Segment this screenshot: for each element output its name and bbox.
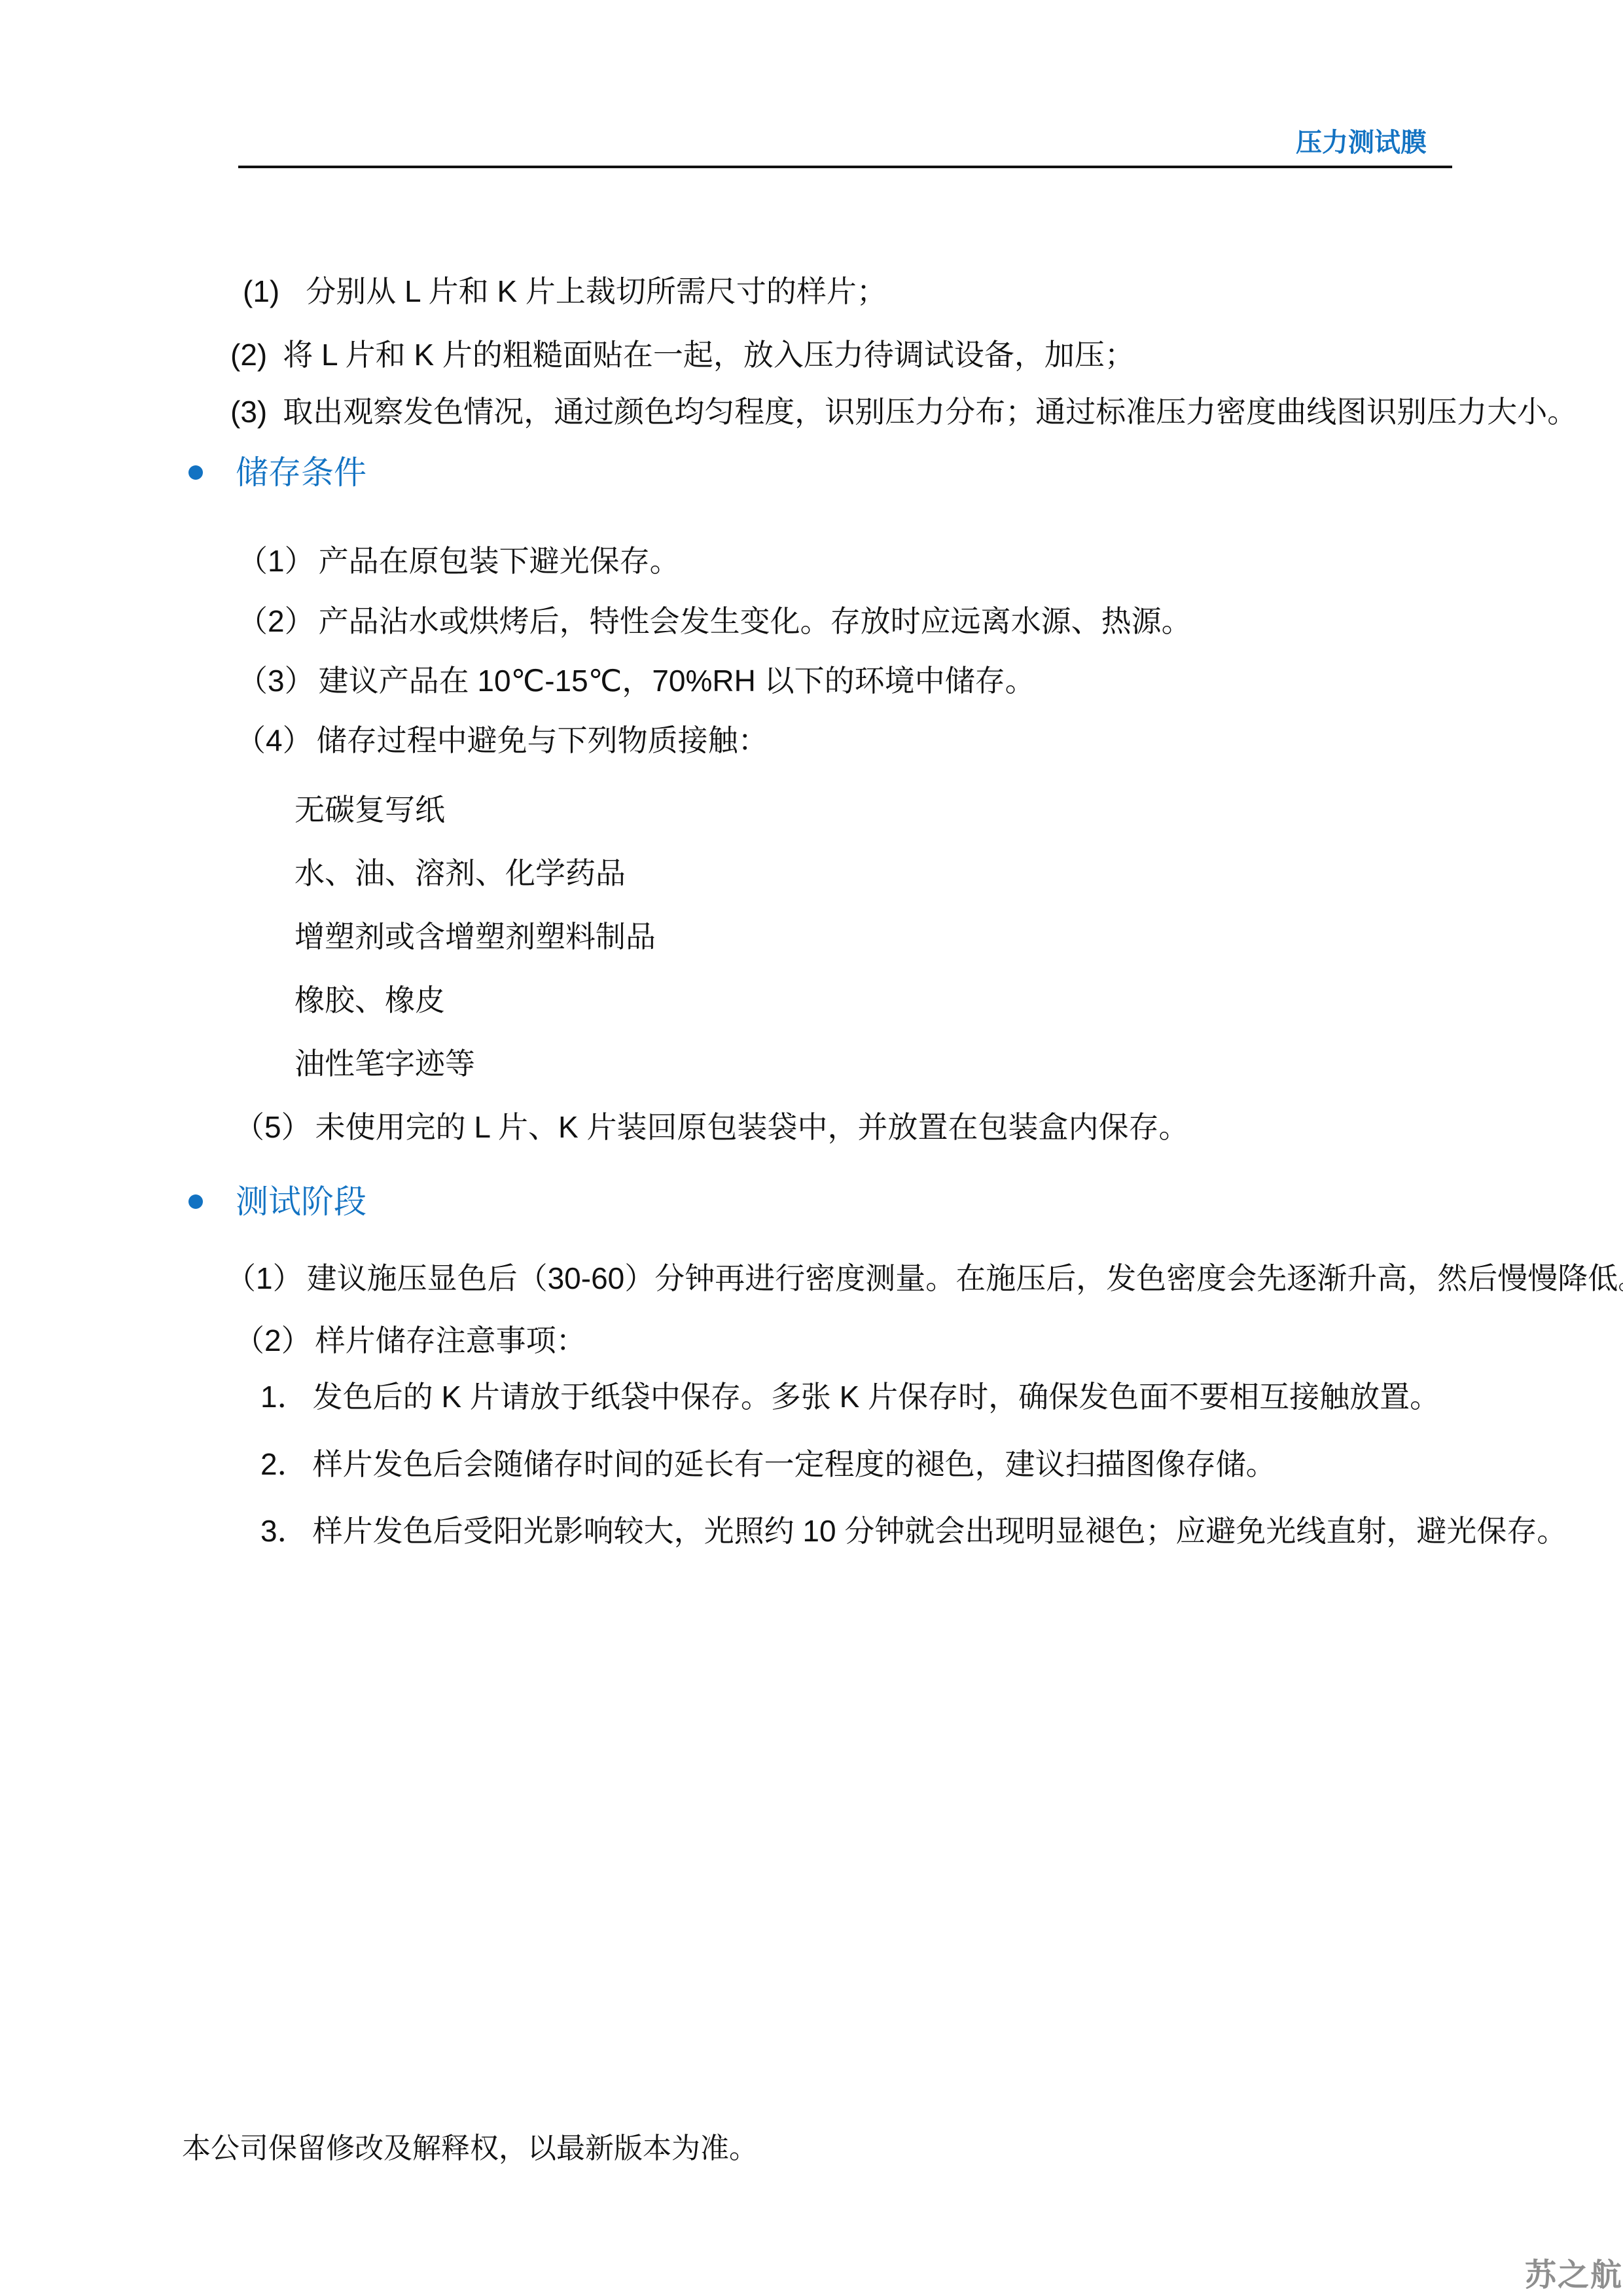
list-item-text: 建议施压显色后（30-60）分钟再进行密度测量。在施压后，发色密度会先逐渐升高，…: [307, 1261, 1623, 1296]
sub-list-item-text: 橡胶、橡皮: [294, 982, 445, 1018]
note-item: 3． 样片发色后受阳光影响较大，光照约 10 分钟就会出现明显褪色；应避免光线直…: [260, 1513, 1567, 1549]
sub-list-item: 油性笔字迹等: [294, 1046, 475, 1081]
list-item: (2) 将 L 片和 K 片的粗糙面贴在一起，放入压力待调试设备，加压；: [230, 337, 1135, 372]
list-item: （3） 建议产品在 10℃-15℃，70%RH 以下的环境中储存。: [238, 663, 1035, 698]
sub-list-item: 增塑剂或含增塑剂塑料制品: [294, 919, 656, 954]
list-item-text: 产品在原包装下避光保存。: [319, 543, 680, 579]
sub-list-item-text: 油性笔字迹等: [294, 1046, 475, 1081]
note-item-number: 2．: [260, 1446, 308, 1482]
list-item-number: (2): [230, 337, 267, 372]
section-title: 储存条件: [236, 456, 366, 489]
sub-list-item: 橡胶、橡皮: [294, 982, 445, 1018]
list-item-number: (1): [243, 274, 279, 309]
list-item: （4） 储存过程中避免与下列物质接触：: [236, 723, 768, 758]
list-item: (3) 取出观察发色情况，通过颜色均匀程度，识别压力分布；通过标准压力密度曲线图…: [230, 394, 1577, 429]
list-item: （2） 样片储存注意事项：: [234, 1323, 586, 1358]
list-item-number: （1）: [226, 1261, 303, 1296]
sub-list-item-text: 水、油、溶剂、化学药品: [294, 855, 626, 891]
note-item-text: 发色后的 K 片请放于纸袋中保存。多张 K 片保存时，确保发色面不要相互接触放置…: [313, 1379, 1440, 1414]
list-item-text: 分别从 L 片和 K 片上裁切所需尺寸的样片；: [306, 274, 887, 309]
section-heading-testing: 测试阶段: [188, 1186, 366, 1217]
list-item: （1） 建议施压显色后（30-60）分钟再进行密度测量。在施压后，发色密度会先逐…: [226, 1261, 1623, 1296]
watermark: 苏之航: [1525, 2250, 1623, 2295]
note-item: 2． 样片发色后会随储存时间的延长有一定程度的褪色，建议扫描图像存储。: [260, 1446, 1276, 1482]
list-item-text: 未使用完的 L 片、K 片装回原包装袋中，并放置在包装盒内保存。: [315, 1109, 1189, 1145]
note-item-number: 3．: [260, 1513, 308, 1549]
sub-list-item: 无碳复写纸: [294, 792, 445, 827]
footer-disclaimer: 本公司保留修改及解释权，以最新版本为准。: [182, 2125, 758, 2166]
list-item-number: （2）: [238, 603, 315, 639]
section-heading-storage: 储存条件: [188, 457, 366, 488]
document-page: 压力测试膜 (1) 分别从 L 片和 K 片上裁切所需尺寸的样片； (2) 将 …: [0, 0, 1623, 2296]
list-item-number: （5）: [234, 1109, 312, 1145]
list-item: （2） 产品沾水或烘烤后，特性会发生变化。存放时应远离水源、热源。: [238, 603, 1192, 639]
list-item-text: 产品沾水或烘烤后，特性会发生变化。存放时应远离水源、热源。: [319, 603, 1192, 639]
list-item-text: 将 L 片和 K 片的粗糙面贴在一起，放入压力待调试设备，加压；: [283, 337, 1135, 372]
list-item: （5） 未使用完的 L 片、K 片装回原包装袋中，并放置在包装盒内保存。: [234, 1109, 1189, 1145]
note-item-text: 样片发色后受阳光影响较大，光照约 10 分钟就会出现明显褪色；应避免光线直射，避…: [313, 1513, 1567, 1549]
note-item: 1． 发色后的 K 片请放于纸袋中保存。多张 K 片保存时，确保发色面不要相互接…: [260, 1379, 1440, 1414]
list-item-text: 建议产品在 10℃-15℃，70%RH 以下的环境中储存。: [319, 663, 1035, 698]
section-bullet-icon: [188, 465, 203, 480]
sub-list-item: 水、油、溶剂、化学药品: [294, 855, 626, 891]
list-item-text: 储存过程中避免与下列物质接触：: [317, 723, 768, 758]
list-item-number: （3）: [238, 663, 315, 698]
list-item-number: （1）: [238, 543, 315, 579]
page-title: 压力测试膜: [1296, 128, 1427, 157]
list-item-number: (3): [230, 394, 267, 429]
sub-list-item-text: 增塑剂或含增塑剂塑料制品: [294, 919, 656, 954]
note-item-number: 1．: [260, 1379, 308, 1414]
list-item-text: 取出观察发色情况，通过颜色均匀程度，识别压力分布；通过标准压力密度曲线图识别压力…: [283, 394, 1577, 429]
note-item-text: 样片发色后会随储存时间的延长有一定程度的褪色，建议扫描图像存储。: [313, 1446, 1276, 1482]
list-item-text: 样片储存注意事项：: [315, 1323, 586, 1358]
header-divider: [238, 166, 1452, 168]
list-item: (1) 分别从 L 片和 K 片上裁切所需尺寸的样片；: [243, 274, 887, 309]
list-item: （1） 产品在原包装下避光保存。: [238, 543, 680, 579]
list-item-number: （4）: [236, 723, 313, 758]
list-item-number: （2）: [234, 1323, 312, 1358]
section-title: 测试阶段: [236, 1185, 366, 1218]
sub-list-item-text: 无碳复写纸: [294, 792, 445, 827]
section-bullet-icon: [188, 1194, 203, 1209]
